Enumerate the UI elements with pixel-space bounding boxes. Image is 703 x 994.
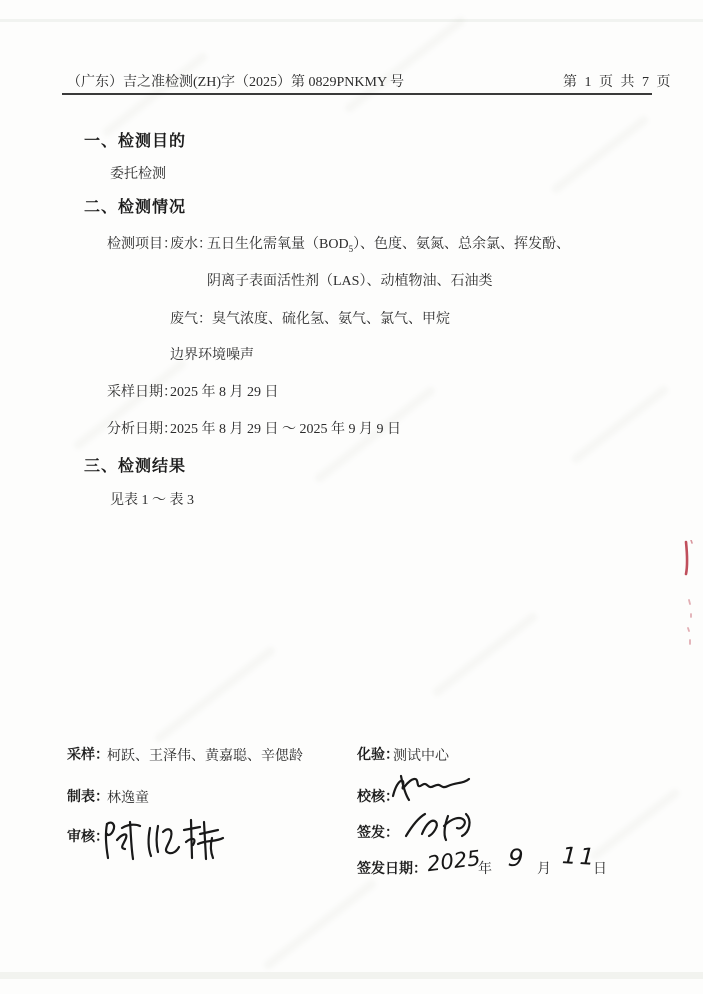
- lab-value: 测试中心: [393, 745, 449, 765]
- scan-artifact-band: [0, 972, 703, 979]
- gas-label: 废气：: [170, 312, 212, 327]
- scan-artifact-band: [0, 19, 703, 22]
- tabulator-name: 林逸童: [107, 787, 149, 807]
- analysis-date-label: 分析日期：: [107, 418, 177, 438]
- issue-date-label: 签发日期：: [357, 858, 427, 878]
- issue-date-month-unit: 月: [537, 858, 551, 878]
- watermark-streak: [262, 878, 378, 971]
- tabulator-label: 制表：: [67, 786, 109, 806]
- issue-date-year-unit: 年: [478, 858, 492, 878]
- watermark-streak: [431, 611, 539, 698]
- analysis-date-value: 2025 年 8 月 29 日 ～ 2025 年 9 月 9 日: [170, 418, 401, 438]
- wastewater-items-pre: 五日生化需氧量（BOD: [207, 237, 349, 252]
- wastewater-items-post: ）、色度、氨氮、总余氯、挥发酚、: [353, 237, 570, 252]
- sampling-date-label: 采样日期：: [107, 381, 177, 401]
- red-edge-mark: [684, 596, 696, 648]
- checker-signature: [387, 770, 472, 808]
- section-heading-situation: 二、检测情况: [84, 194, 186, 217]
- sampling-date-value: 2025 年 8 月 29 日: [170, 381, 279, 401]
- section-heading-results: 三、检测结果: [84, 453, 186, 476]
- red-edge-mark: [682, 540, 694, 576]
- project-label: 检测项目：: [107, 233, 177, 253]
- purpose-content: 委托检测: [110, 163, 166, 183]
- wastewater-items-line1: 五日生化需氧量（BOD5）、色度、氨氮、总余氯、挥发酚、: [207, 233, 570, 254]
- issue-date-month-handwritten: 9: [507, 844, 524, 873]
- issue-date-year-handwritten: 2025: [426, 846, 482, 876]
- header-divider: [62, 93, 652, 95]
- document-number: （广东）吉之准检测(ZH)字（2025）第 0829PNKMY 号: [67, 71, 404, 91]
- page-number-info: 第 1 页 共 7 页: [563, 71, 673, 91]
- issue-date-day-unit: 日: [593, 858, 607, 878]
- sampler-names: 柯跃、王泽伟、黄嘉聪、辛偲龄: [107, 745, 303, 765]
- watermark-streak: [550, 114, 650, 195]
- reviewer-signature: [100, 812, 225, 864]
- issuer-label: 签发：: [357, 822, 399, 842]
- noise-line: 边界环境噪声: [170, 344, 254, 364]
- watermark-streak: [589, 787, 681, 862]
- section-heading-purpose: 一、检测目的: [84, 128, 186, 151]
- watermark-streak: [570, 384, 670, 465]
- gas-items: 臭气浓度、硫化氢、氨气、氯气、甲烷: [212, 312, 450, 327]
- scanned-report-page: （广东）吉之准检测(ZH)字（2025）第 0829PNKMY 号 第 1 页 …: [0, 0, 703, 994]
- watermark-streak: [343, 15, 467, 114]
- wastewater-label: 废水：: [170, 233, 212, 253]
- watermark-streak: [153, 645, 277, 744]
- results-content: 见表 1 ～ 表 3: [110, 489, 194, 509]
- issuer-signature: [400, 808, 490, 846]
- wastewater-items-line2: 阴离子表面活性剂（LAS）、动植物油、石油类: [207, 270, 492, 290]
- gas-line: 废气：臭气浓度、硫化氢、氨气、氯气、甲烷: [170, 308, 450, 328]
- sampler-label: 采样：: [67, 744, 109, 764]
